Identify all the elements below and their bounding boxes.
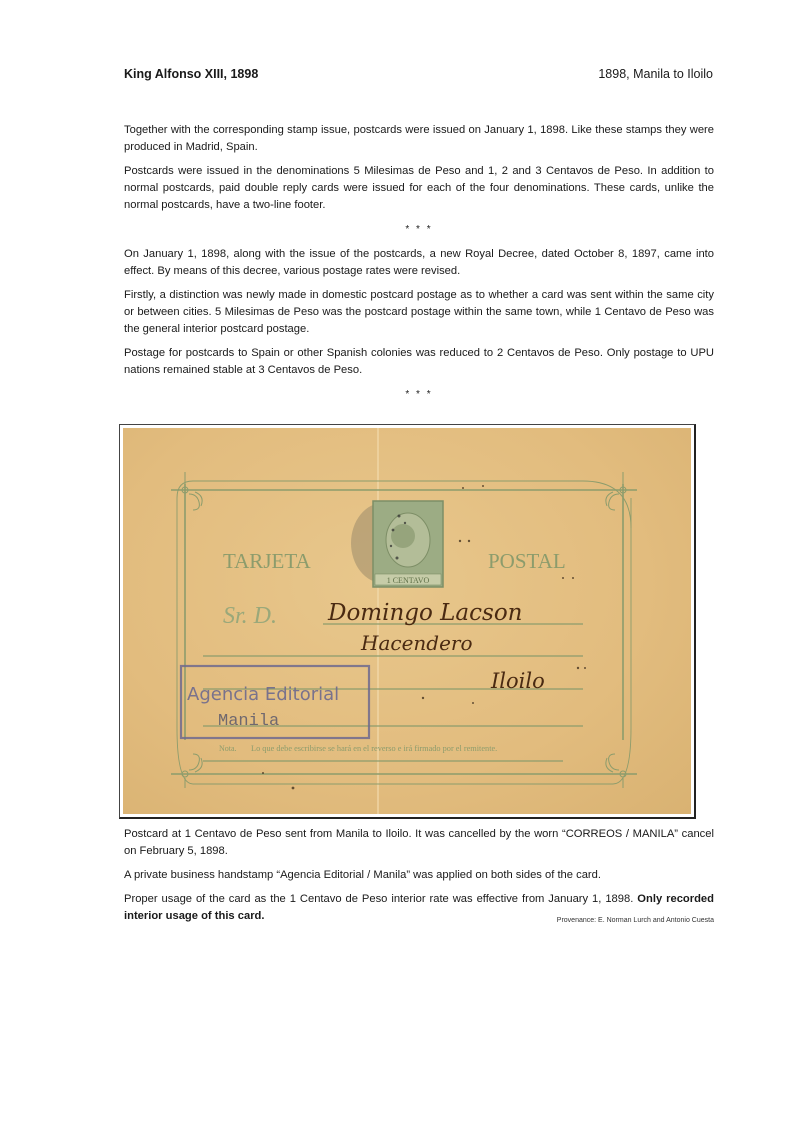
paragraph: On January 1, 1898, along with the issue… bbox=[124, 246, 714, 280]
intro-text: Together with the corresponding stamp is… bbox=[124, 122, 714, 411]
stamp-indicium: 1 CENTAVO bbox=[351, 501, 443, 587]
paragraph: Postcards were issued in the denominatio… bbox=[124, 163, 714, 214]
paragraph: A private business handstamp “Agencia Ed… bbox=[124, 867, 714, 884]
paragraph: Postage for postcards to Spain or other … bbox=[124, 345, 714, 379]
postcard-title-left: TARJETA bbox=[223, 549, 311, 573]
paragraph: Firstly, a distinction was newly made in… bbox=[124, 287, 714, 338]
footer-note: Lo que debe escribirse se hará en el rev… bbox=[251, 744, 497, 753]
address-line-1: Domingo Lacson bbox=[327, 600, 522, 626]
footer-note-label: Nota. bbox=[219, 744, 237, 753]
handstamp-line-1: Agencia Editorial bbox=[187, 684, 339, 705]
address-line-2: Hacendero bbox=[360, 631, 473, 655]
postcard-title-right: POSTAL bbox=[488, 549, 566, 573]
business-handstamp: Agencia Editorial Manila bbox=[181, 666, 369, 738]
paragraph: Together with the corresponding stamp is… bbox=[124, 122, 714, 156]
handstamp-line-2: Manila bbox=[218, 712, 279, 731]
section-separator: * * * bbox=[124, 386, 714, 403]
provenance: Provenance: E. Norman Lurch and Antonio … bbox=[557, 912, 714, 929]
stamp-value: 1 CENTAVO bbox=[387, 576, 430, 585]
paragraph-last: Proper usage of the card as the 1 Centav… bbox=[124, 891, 714, 925]
section-separator: * * * bbox=[124, 221, 714, 238]
paragraph: Postcard at 1 Centavo de Peso sent from … bbox=[124, 826, 714, 860]
paragraph-text: Proper usage of the card as the 1 Centav… bbox=[124, 893, 637, 905]
salutation: Sr. D. bbox=[223, 603, 277, 629]
postcard-image: TARJETA POSTAL Sr. D. 1 CENTAVO Domingo … bbox=[123, 428, 691, 814]
page-subheading: 1898, Manila to Iloilo bbox=[598, 67, 713, 81]
page-heading: King Alfonso XIII, 1898 bbox=[124, 67, 258, 81]
address-line-3: Iloilo bbox=[490, 669, 545, 693]
caption-text: Postcard at 1 Centavo de Peso sent from … bbox=[124, 826, 714, 932]
postcard-image-frame: TARJETA POSTAL Sr. D. 1 CENTAVO Domingo … bbox=[119, 424, 696, 819]
